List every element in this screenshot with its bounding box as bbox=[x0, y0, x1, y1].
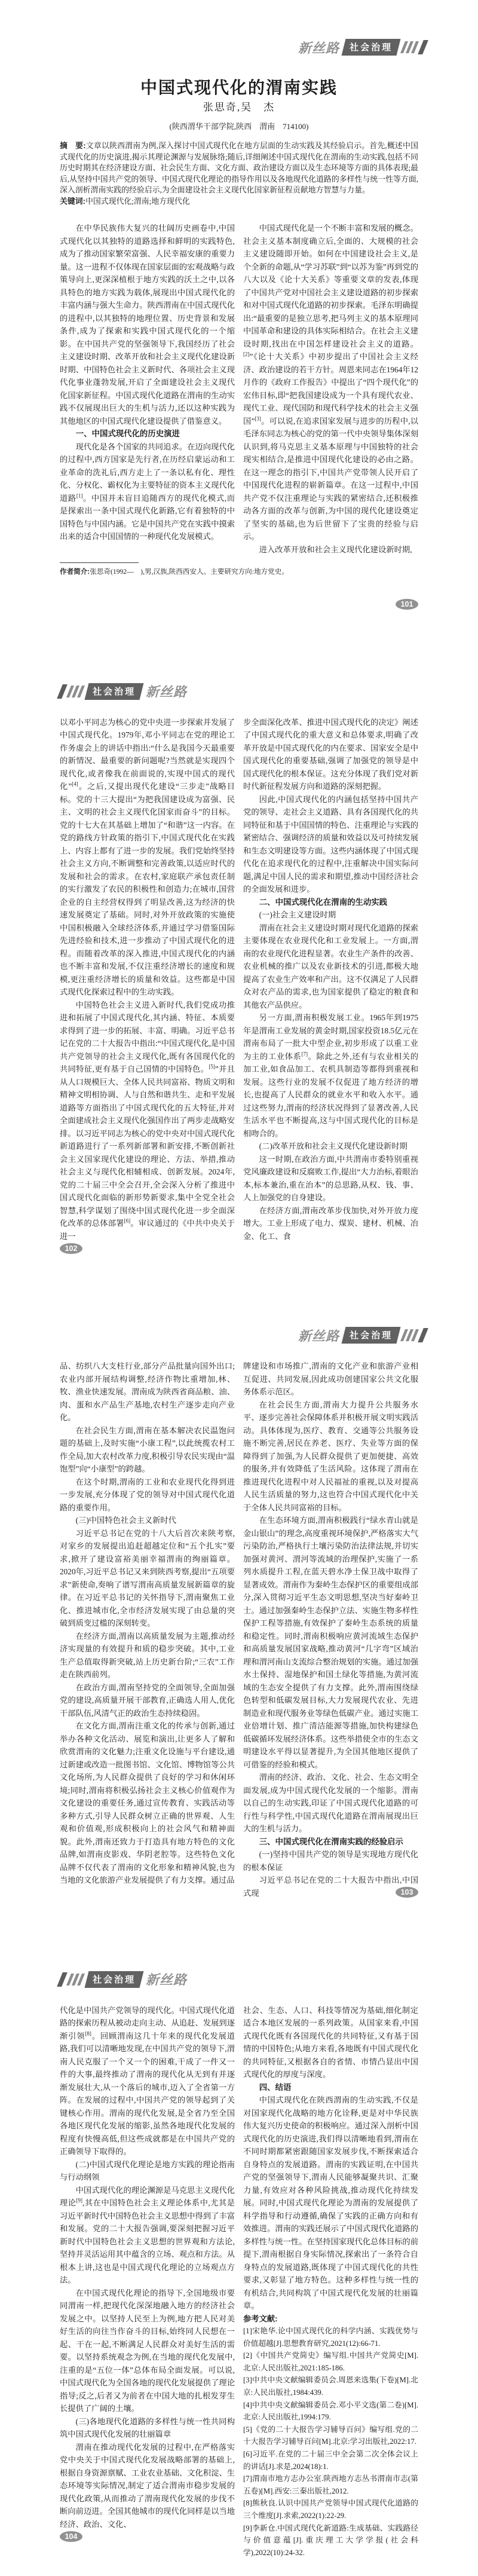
footnote-rule bbox=[60, 562, 139, 563]
paragraph-continuation: 以邓小平同志为核心的党中央进一步探索并发展了中国式现代化。1979年,邓小平同志… bbox=[60, 716, 235, 999]
page-1: 新丝路 社会治理 中国式现代化的渭南实践 张思奇,吴 杰 (陕西渭华干部学院,陕… bbox=[0, 0, 478, 644]
slash-decoration-icon bbox=[403, 41, 416, 53]
page-number-badge: 103 bbox=[396, 1887, 418, 1898]
paragraph: 中国式现代化是一个不断丰富和发展的概念。社会主义基本制度确立后,全面的、大规模的… bbox=[243, 222, 418, 543]
reference-item: [2]《中国共产党简史》编写组.中国共产党简史[M].北京:人民出版社,2021… bbox=[243, 2349, 418, 2374]
paragraph-continuation: 代化是中国共产党领导的现代化。中国式现代化道路的探索历程从被动走向主动、从追赶、… bbox=[60, 2004, 235, 2158]
paragraph: 在生态环境方面,渭南积极践行“绿水青山就是金山银山”的理念,高度重视环境保护,严… bbox=[243, 1514, 418, 1771]
paragraph: 中国式现代化的理论渊源是马克思主义现代化理论[9],其在中国特色社会主义理论体系… bbox=[60, 2184, 235, 2287]
text-columns: 在中华民族伟大复兴的壮阔历史画卷中,中国式现代化以其独特的道路选择和鲜明的实践特… bbox=[60, 222, 418, 556]
paragraph: 在这个时期,渭南的工业和农业现代化得到进一步发展,充分体现了党的领导对中国式现代… bbox=[60, 1476, 235, 1515]
paragraph: 这一时期,在政治方面,中共渭南市委特别重视党风廉政建设和反腐败工作,提出“大力治… bbox=[243, 1153, 418, 1204]
masthead: 新丝路 社会治理 bbox=[298, 1327, 425, 1343]
slash-decoration-icon bbox=[69, 1974, 82, 1985]
slash-decoration-icon bbox=[403, 1329, 416, 1341]
author-bio-text: 张思奇(1992— ),男,汉族,陕西西安人。主要研究方向:地方党史。 bbox=[90, 568, 289, 576]
section-heading: 三、中国式现代化在渭南实践的经验启示 bbox=[243, 1835, 418, 1849]
sub-heading: (一)社会主义建设时期 bbox=[243, 908, 418, 922]
references-title: 参考文献: bbox=[243, 2312, 418, 2326]
paragraph: 习近平总书记在党的二十大报告中指出,中国式现 bbox=[243, 1874, 418, 1899]
masthead: 新丝路 社会治理 bbox=[298, 39, 425, 55]
article-title: 中国式现代化的渭南实践 bbox=[60, 75, 418, 99]
column: 步全面深化改革、推进中国式现代化的决定》阐述了中国式现代化的重大意义和总体要求,… bbox=[243, 716, 418, 1243]
abstract: 摘 要:文章以陕西渭南为例,深入探讨中国式现代化在地方层面的生动实践及其经验启示… bbox=[60, 140, 418, 196]
paragraph: 现代化是各个国家的共同追求。在迈向现代化的过程中,西方国家是先行者,在历经启蒙运… bbox=[60, 440, 235, 543]
paragraph-continuation: 品、纺织八大支柱行业,部分产品批量向国外出口;农业内部开展结构调整,经济作物比重… bbox=[60, 1360, 235, 1424]
column: 以邓小平同志为核心的党中央进一步探索并发展了中国式现代化。1979年,邓小平同志… bbox=[60, 716, 235, 1243]
column: 牌建设和市场推广,渭南的文化产业和旅游产业相互促进、共同发展,因此成功创建国家公… bbox=[243, 1360, 418, 1899]
sub-heading: (三)中国特色社会主义新时代 bbox=[60, 1514, 235, 1527]
reference-item: [4]中共中央文献编辑委员会.邓小平文选(第二卷)[M].北京:人民出版社,19… bbox=[243, 2399, 418, 2424]
bar-decoration-icon bbox=[57, 1972, 68, 1987]
paragraph: 因此,中国式现代化的内涵包括坚持中国共产党的领导、走社会主义道路、具有各国现代化… bbox=[243, 793, 418, 896]
column: 中国式现代化是一个不断丰富和发展的概念。社会主义基本制度确立后,全面的、大规模的… bbox=[243, 222, 418, 556]
section-badge: 社会治理 bbox=[85, 1971, 144, 1988]
section-heading: 一、中国式现代化的历史演进 bbox=[60, 427, 235, 440]
paragraph: 渭南的经济、政治、文化、社会、生态文明全面发展,成为中国式现代化发展的一个缩影。… bbox=[243, 1771, 418, 1835]
paragraph-continuation: 牌建设和市场推广,渭南的文化产业和旅游产业相互促进、共同发展,因此成功创建国家公… bbox=[243, 1360, 418, 1399]
column: 品、纺织八大支柱行业,部分产品批量向国外出口;农业内部开展结构调整,经济作物比重… bbox=[60, 1360, 235, 1899]
page-number-badge: 102 bbox=[60, 1243, 82, 1254]
paragraph: 另一方面,渭南积极发展工业。1965年到1975年是渭南工业发展的黄金时期,国家… bbox=[243, 1011, 418, 1140]
author-bio-label: 作者简介: bbox=[60, 568, 90, 576]
reference-item: [1]宋艳华.论中国式现代化的科学内涵、实践优势与价值超越[J].思想教育研究,… bbox=[243, 2325, 418, 2349]
section-badge: 社会治理 bbox=[341, 1327, 400, 1344]
paragraph: 在文化方面,渭南注重文化的传承与创新,通过举办各种文化活动、展览和演出,让更多人… bbox=[60, 1720, 235, 1887]
article-affiliation: (陕西渭华干部学院,陕西 渭南 714100) bbox=[60, 120, 418, 131]
sub-heading: (一)坚持中国共产党的领导是实现地方现代化的根本保证 bbox=[243, 1848, 418, 1874]
masthead: 社会治理 新丝路 bbox=[60, 684, 187, 699]
paragraph-continuation: 步全面深化改革、推进中国式现代化的决定》阐述了中国式现代化的重大意义和总体要求,… bbox=[243, 716, 418, 793]
page-number-badge: 104 bbox=[60, 2531, 82, 2542]
page-2: 社会治理 新丝路 以邓小平同志为核心的党中央进一步探索并发展了中国式现代化。19… bbox=[0, 644, 478, 1289]
reference-item: [6]习近平.在党的二十届三中全会第二次全体会议上的讲话[J].求是,2024(… bbox=[243, 2448, 418, 2473]
author-bio-footnote: 作者简介:张思奇(1992— ),男,汉族,陕西西安人。主要研究方向:地方党史。 bbox=[60, 562, 418, 577]
section-badge-label: 社会治理 bbox=[350, 41, 393, 53]
paragraph: 在经济方面,渭南以高质量发展为主题,推动经济实现量的有效提升和质的稳步突破。其中… bbox=[60, 1630, 235, 1681]
reference-item: [5]《党的二十大报告学习辅导百问》编写组.党的二十大报告学习辅导百问[M].北… bbox=[243, 2424, 418, 2448]
paragraph: 在中国式现代化理论的指导下,全国地级市要同渭南一样,把现代化深深地融入地方的经济… bbox=[60, 2287, 235, 2415]
sub-heading: (三)各地现代化道路的多样性与统一性共同构筑中国式现代化发展的壮丽篇章 bbox=[60, 2415, 235, 2441]
sub-heading: (二)改革开放和社会主义现代化建设新时期 bbox=[243, 1140, 418, 1153]
abstract-block: 摘 要:文章以陕西渭南为例,深入探讨中国式现代化在地方层面的生动实践及其经验启示… bbox=[60, 140, 418, 207]
section-badge: 社会治理 bbox=[341, 39, 400, 56]
text-columns: 品、纺织八大支柱行业,部分产品批量向国外出口;农业内部开展结构调整,经济作物比重… bbox=[60, 1360, 418, 1899]
paragraph: 在中华民族伟大复兴的壮阔历史画卷中,中国式现代化以其独特的道路选择和鲜明的实践特… bbox=[60, 222, 235, 427]
text-columns: 以邓小平同志为核心的党中央进一步探索并发展了中国式现代化。1979年,邓小平同志… bbox=[60, 716, 418, 1243]
page-3: 新丝路 社会治理 品、纺织八大支柱行业,部分产品批量向国外出口;农业内部开展结构… bbox=[0, 1288, 478, 1932]
column: 代化是中国共产党领导的现代化。中国式现代化道路的探索历程从被动走向主动、从追赶、… bbox=[60, 2004, 235, 2559]
journal-logo: 新丝路 bbox=[146, 682, 187, 700]
page-number-badge: 101 bbox=[396, 599, 418, 610]
section-badge-label: 社会治理 bbox=[350, 1329, 393, 1341]
paragraph: 在政治方面,渭南坚持党的全面领导,全面加强党的建设,高质量开展干部教育,正确选人… bbox=[60, 1681, 235, 1720]
reference-item: [3]中共中央文献编辑委员会.周恩来选集(下卷)[M].北京:人民出版社,198… bbox=[243, 2374, 418, 2398]
section-heading: 四、结语 bbox=[243, 2081, 418, 2094]
journal-logo: 新丝路 bbox=[298, 1326, 339, 1345]
column: 在中华民族伟大复兴的壮阔历史画卷中,中国式现代化以其独特的道路选择和鲜明的实践特… bbox=[60, 222, 235, 556]
paragraph: 中国式现代化在陕西渭南的生动实践,不仅是对国家现代化战略的地方化诠释,更是对中华… bbox=[243, 2094, 418, 2312]
journal-logo: 新丝路 bbox=[298, 38, 339, 57]
paragraph: 在社会民生方面,渭南在基本解决农民温饱问题的基础上,及时实施“小康工程”,以此统… bbox=[60, 1424, 235, 1476]
keywords-label: 关键词: bbox=[60, 197, 85, 206]
journal-logo: 新丝路 bbox=[146, 1970, 187, 1988]
paragraph-continuation: 社会、生态、人口、科技等情况为基础,细化制定适合本地区发展的一系列政策。从国家来… bbox=[243, 2004, 418, 2081]
column: 社会、生态、人口、科技等情况为基础,细化制定适合本地区发展的一系列政策。从国家来… bbox=[243, 2004, 418, 2559]
paragraph: 中国特色社会主义进入新时代,我们党成功推进和拓展了中国式现代化,其内涵、特征、本… bbox=[60, 999, 235, 1243]
slash-decoration-icon bbox=[69, 686, 82, 697]
abstract-text: 文章以陕西渭南为例,深入探讨中国式现代化在地方层面的生动实践及其经验启示。首先,… bbox=[60, 142, 418, 194]
reference-item: [9]李新仓.中国式现代化新道路:生成基础、实践路径与价值意蕴[J].重庆理工大… bbox=[243, 2522, 418, 2559]
author-bio: 作者简介:张思奇(1992— ),男,汉族,陕西西安人。主要研究方向:地方党史。 bbox=[60, 567, 418, 577]
page-4: 社会治理 新丝路 代化是中国共产党领导的现代化。中国式现代化道路的探索历程从被动… bbox=[0, 1932, 478, 2576]
section-badge-label: 社会治理 bbox=[93, 685, 136, 697]
journal-article-pages: 新丝路 社会治理 中国式现代化的渭南实践 张思奇,吴 杰 (陕西渭华干部学院,陕… bbox=[0, 0, 478, 2576]
paragraph: 进入改革开放和社会主义现代化建设新时期, bbox=[243, 543, 418, 556]
section-heading: 二、中国式现代化在渭南的生动实践 bbox=[243, 896, 418, 909]
sub-heading: (二)中国式现代化理论是地方实践的理论指南与行动纲领 bbox=[60, 2158, 235, 2184]
keywords: 关键词:中国式现代化;渭南;地方现代化 bbox=[60, 196, 418, 207]
paragraph: 习近平总书记在党的十八大后首次来陕考察,对家乡的发展提出追赶超越定位和“五个扎实… bbox=[60, 1527, 235, 1630]
reference-item: [8]熊秋良.认识中国共产党领导中国式现代化道路的三个维度[J].求索,2022… bbox=[243, 2497, 418, 2522]
article-authors: 张思奇,吴 杰 bbox=[60, 99, 418, 114]
bar-decoration-icon bbox=[418, 40, 428, 54]
keywords-text: 中国式现代化;渭南;地方现代化 bbox=[85, 197, 190, 206]
text-columns: 代化是中国共产党领导的现代化。中国式现代化道路的探索历程从被动走向主动、从追赶、… bbox=[60, 2004, 418, 2559]
paragraph: 渭南在社会主义建设时期对现代化道路的探索主要体现在农业现代化和工业发展上。一方面… bbox=[243, 922, 418, 1012]
reference-item: [7]渭南市地方志办公室.陕西地方志丛书渭南市志(第五卷)[M].西安:三秦出版… bbox=[243, 2473, 418, 2497]
bar-decoration-icon bbox=[418, 1328, 428, 1342]
section-badge: 社会治理 bbox=[85, 683, 144, 700]
section-badge-label: 社会治理 bbox=[93, 1973, 136, 1985]
paragraph: 渭南在推动现代化发展的过程中,在严格落实党中央关于中国式现代化发展战略部署的基础… bbox=[60, 2441, 235, 2531]
paragraph: 在社会民生方面,渭南大力提升公共服务水平、逐步完善社会保障体系并积极开展文明实践… bbox=[243, 1399, 418, 1515]
masthead: 社会治理 新丝路 bbox=[60, 1972, 187, 1987]
abstract-label: 摘 要: bbox=[60, 141, 86, 150]
bar-decoration-icon bbox=[57, 684, 68, 699]
paragraph: 在经济方面,渭南改革步伐加快,对外开放力度增大。工业上形成了电力、煤炭、建材、机… bbox=[243, 1204, 418, 1243]
